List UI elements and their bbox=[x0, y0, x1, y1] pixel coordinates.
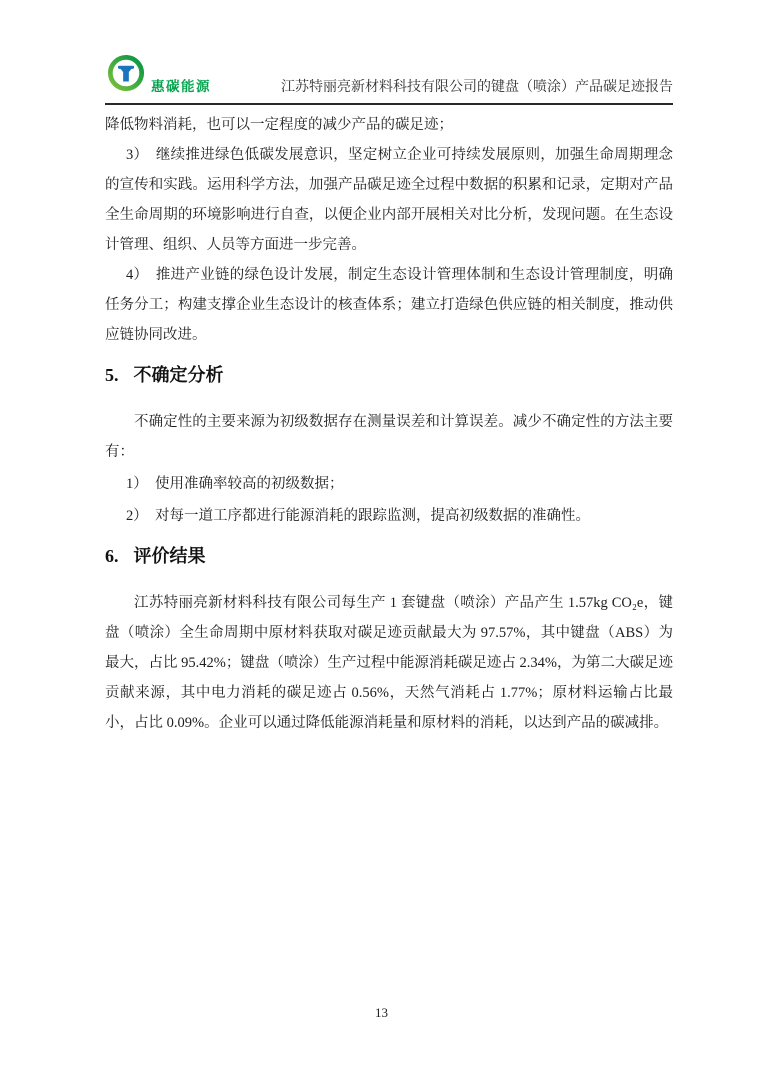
list-item-4: 4） 推进产业链的绿色设计发展，制定生态设计管理体制和生态设计管理制度，明确任务… bbox=[105, 260, 673, 350]
section-5-title: 不确定分析 bbox=[134, 365, 224, 385]
page-header: 惠碳能源 江苏特丽亮新材料科技有限公司的键盘（喷涂）产品碳足迹报告 bbox=[105, 54, 673, 105]
document-content: 降低物料消耗，也可以一定程度的减少产品的碳足迹； 3） 继续推进绿色低碳发展意识… bbox=[105, 110, 673, 738]
section-5-number: 5. bbox=[105, 364, 119, 387]
report-title: 江苏特丽亮新材料科技有限公司的键盘（喷涂）产品碳足迹报告 bbox=[281, 76, 673, 96]
section-5-item-2: 2） 对每一道工序都进行能源消耗的跟踪监测，提高初级数据的准确性。 bbox=[105, 501, 673, 531]
section-6-number: 6. bbox=[105, 545, 119, 568]
logo-brand-text: 惠碳能源 bbox=[151, 75, 211, 95]
company-logo-icon bbox=[107, 54, 145, 92]
section-5-heading: 5.不确定分析 bbox=[105, 364, 673, 387]
list-item-3: 3） 继续推进绿色低碳发展意识，坚定树立企业可持续发展原则，加强生命周期理念的宣… bbox=[105, 140, 673, 260]
section-5-paragraph: 不确定性的主要来源为初级数据存在测量误差和计算误差。减少不确定性的方法主要有： bbox=[105, 407, 673, 467]
document-page: 惠碳能源 江苏特丽亮新材料科技有限公司的键盘（喷涂）产品碳足迹报告 降低物料消耗… bbox=[0, 0, 763, 1080]
page-footer: 13 bbox=[0, 1005, 763, 1021]
paragraph-continuation: 降低物料消耗，也可以一定程度的减少产品的碳足迹； bbox=[105, 110, 673, 140]
section-6-paragraph: 江苏特丽亮新材料科技有限公司每生产 1 套键盘（喷涂）产品产生 1.57kg C… bbox=[105, 588, 673, 738]
section-6-heading: 6.评价结果 bbox=[105, 545, 673, 568]
page-number: 13 bbox=[375, 1005, 388, 1020]
section-6-title: 评价结果 bbox=[134, 546, 206, 566]
section-5-item-1: 1） 使用准确率较高的初级数据； bbox=[105, 469, 673, 499]
